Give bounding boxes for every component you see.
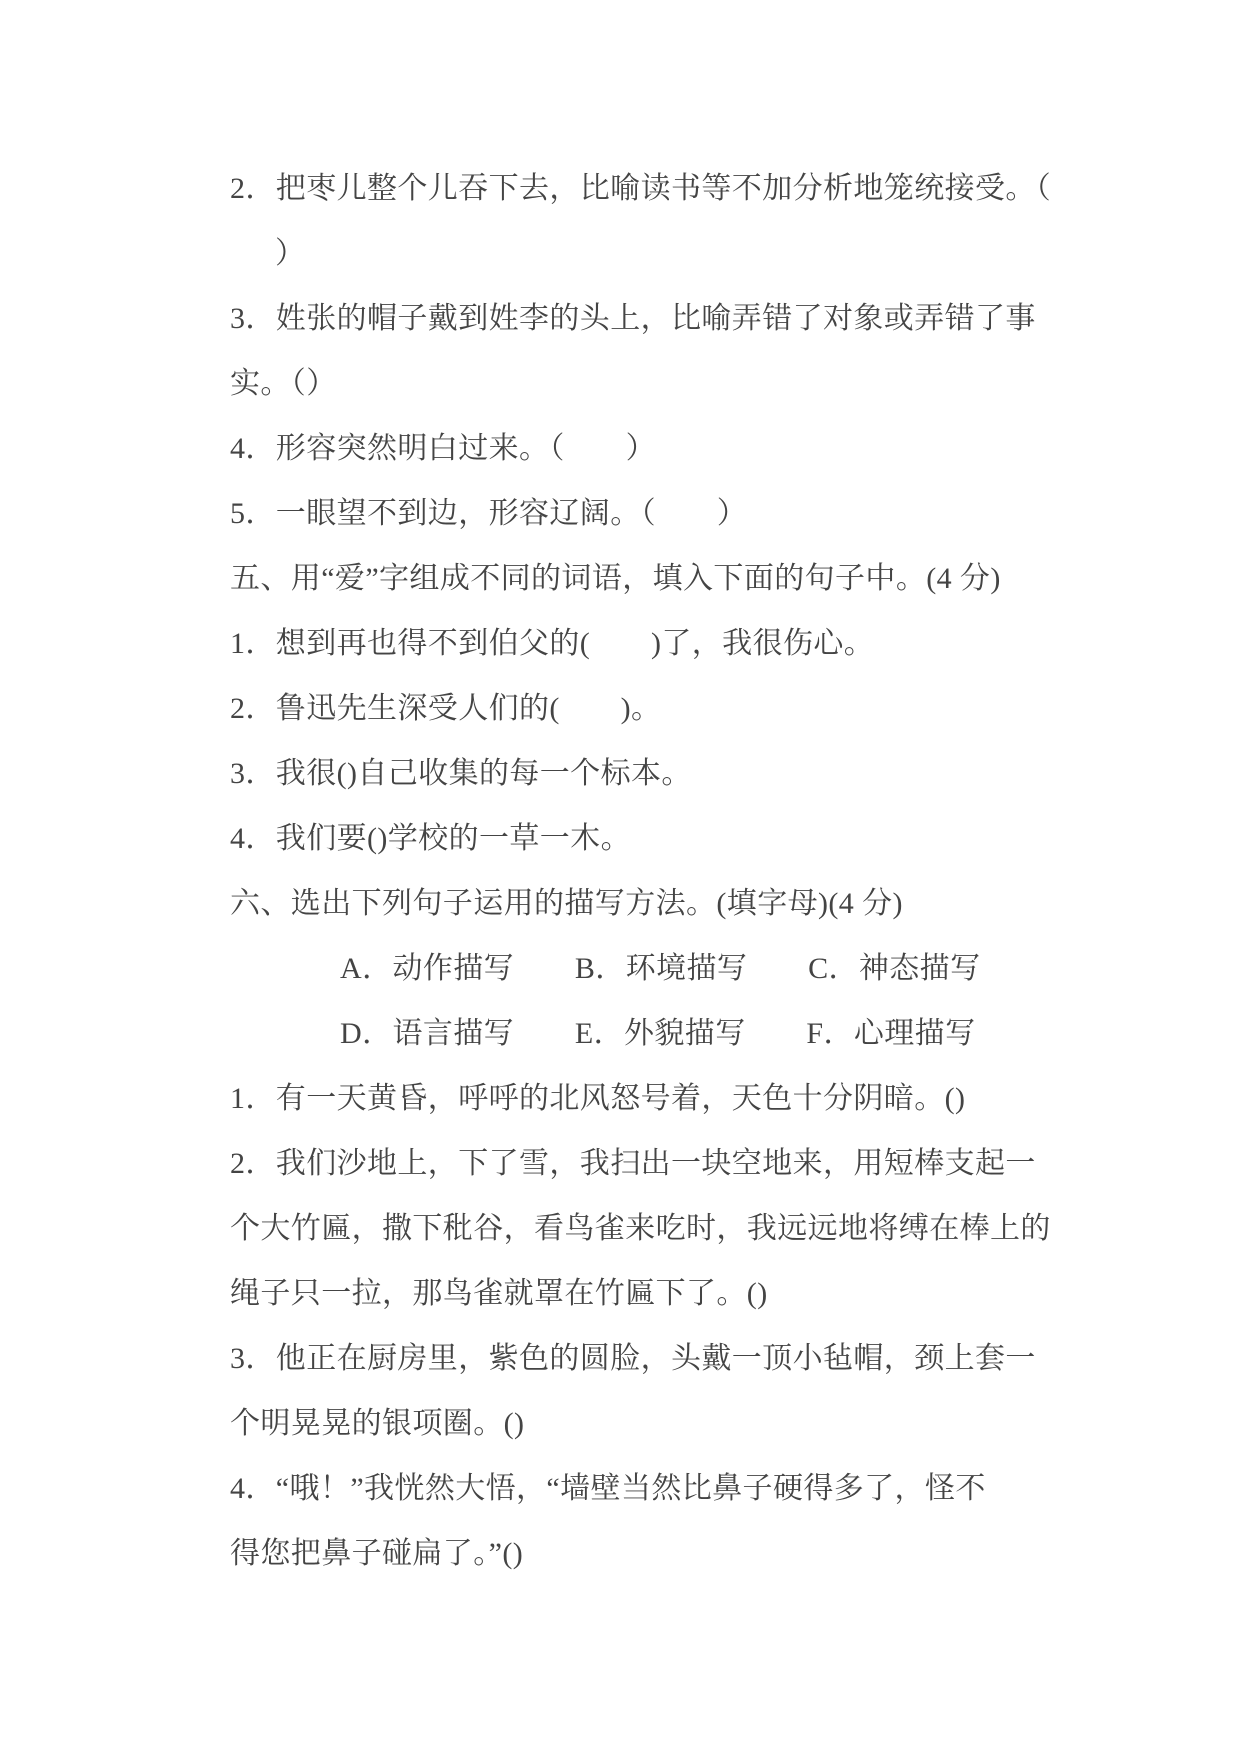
sec6-options-def: D．语言描写 E．外貌描写 F．心理描写 <box>230 1001 1130 1066</box>
sec5-item2: 2．鲁迅先生深受人们的( )。 <box>230 676 1130 741</box>
sec6-item1: 1．有一天黄昏，呼呼的北风怒号着，天色十分阴暗。() <box>230 1066 1130 1131</box>
sec6-header: 六、选出下列句子运用的描写方法。(填字母)(4 分) <box>230 871 1130 936</box>
sec4-item3-line1: 3．姓张的帽子戴到姓李的头上，比喻弄错了对象或弄错了事 <box>230 286 1130 351</box>
sec5-item1: 1．想到再也得不到伯父的( )了，我很伤心。 <box>230 611 1130 676</box>
sec5-header: 五、用“爱”字组成不同的词语，填入下面的句子中。(4 分) <box>230 546 1130 611</box>
sec6-item4-line2: 得您把鼻子碰扁了。”() <box>230 1521 1130 1586</box>
worksheet-page: 2．把枣儿整个儿吞下去，比喻读书等不加分析地笼统接受。（ ） 3．姓张的帽子戴到… <box>0 0 1241 1754</box>
sec4-item4: 4．形容突然明白过来。（ ） <box>230 416 1130 481</box>
sec6-item2-line3: 绳子只一拉，那鸟雀就罩在竹匾下了。() <box>230 1261 1130 1326</box>
sec6-item4-line1: 4．“哦！”我恍然大悟，“墙壁当然比鼻子硬得多了，怪不 <box>230 1456 1130 1521</box>
sec6-item2-line1: 2．我们沙地上，下了雪，我扫出一块空地来，用短棒支起一 <box>230 1131 1130 1196</box>
sec5-item4: 4．我们要()学校的一草一木。 <box>230 806 1130 871</box>
sec6-item3-line1: 3．他正在厨房里，紫色的圆脸，头戴一顶小毡帽，颈上套一 <box>230 1326 1130 1391</box>
sec4-item5: 5．一眼望不到边，形容辽阔。（ ） <box>230 481 1130 546</box>
sec4-item2-line1: 2．把枣儿整个儿吞下去，比喻读书等不加分析地笼统接受。（ <box>230 156 1130 221</box>
sec5-item3: 3．我很()自己收集的每一个标本。 <box>230 741 1130 806</box>
sec4-item3-line2: 实。（） <box>230 351 1130 416</box>
sec6-options-abc: A．动作描写 B．环境描写 C．神态描写 <box>230 936 1130 1001</box>
sec6-item3-line2: 个明晃晃的银项圈。() <box>230 1391 1130 1456</box>
sec4-item2-line2-close-paren: ） <box>230 221 1130 286</box>
worksheet-text-block: 2．把枣儿整个儿吞下去，比喻读书等不加分析地笼统接受。（ ） 3．姓张的帽子戴到… <box>230 156 1130 1586</box>
sec6-item2-line2: 个大竹匾，撒下秕谷，看鸟雀来吃时，我远远地将缚在棒上的 <box>230 1196 1130 1261</box>
